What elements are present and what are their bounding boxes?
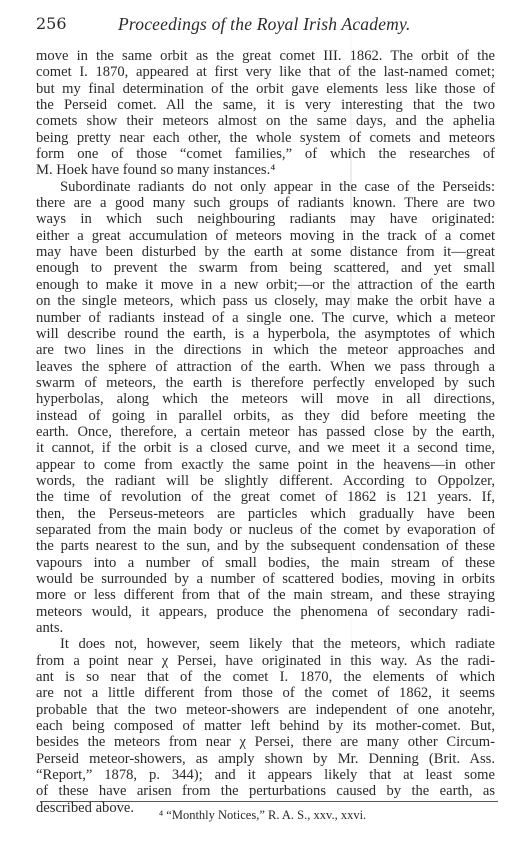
text-line: instead of going in parallel orbits, as … xyxy=(36,408,495,424)
text-line: each being composed of matter left behin… xyxy=(36,718,495,734)
text-line: “Report,” 1878, p. 344); and it appears … xyxy=(36,767,495,783)
text-line: are two lines in the directions in which… xyxy=(36,342,495,358)
running-header: 256 Proceedings of the Royal Irish Acade… xyxy=(36,14,496,36)
text-line: appear to come from exactly the same poi… xyxy=(36,457,495,473)
text-line: either a great accumulation of meteors m… xyxy=(36,228,495,244)
text-line: the time of revolution of the great come… xyxy=(36,489,495,505)
text-line: ways in which such neighbouring radiants… xyxy=(36,211,495,227)
text-line: earth. Once, therefore, a certain meteor… xyxy=(36,424,495,440)
text-line: are not a little different from those of… xyxy=(36,685,495,701)
body-text: move in the same orbit as the great come… xyxy=(36,48,495,816)
text-line: It does not, however, seem likely that t… xyxy=(36,636,495,652)
text-line: would be surrounded by a number of scatt… xyxy=(36,571,495,587)
text-line: leaves the sphere of attraction of the e… xyxy=(36,359,495,375)
text-line: enough to prevent the swarm from being s… xyxy=(36,260,495,276)
text-line: will describe round the earth, is a hype… xyxy=(36,326,495,342)
text-line: number of radiants instead of a single o… xyxy=(36,310,495,326)
text-line: being pretty near each other, the whole … xyxy=(36,130,495,146)
text-line: probable that the two meteor-showers are… xyxy=(36,702,495,718)
text-line: of these have arisen from the perturbati… xyxy=(36,783,495,799)
text-line: swarm of meteors, the earth is therefore… xyxy=(36,375,495,391)
text-line: words, the radiant will be slightly diff… xyxy=(36,473,495,489)
text-line: but my final determination of the orbit … xyxy=(36,81,495,97)
text-line: then, the Perseus-meteors are particles … xyxy=(36,506,495,522)
text-line: enough to make it move in a new orbit;—o… xyxy=(36,277,495,293)
text-line: hyperbolas, along which the meteors will… xyxy=(36,391,495,407)
text-line: from a point near χ Persei, have origina… xyxy=(36,653,495,669)
text-line: there are a good many such groups of rad… xyxy=(36,195,495,211)
text-line: vapours into a number of small bodies, t… xyxy=(36,555,495,571)
text-line: the Perseid comet. All the same, it is v… xyxy=(36,97,495,113)
text-line: ant is so near that of the comet I. 1870… xyxy=(36,669,495,685)
text-line: comet I. 1870, appeared at first very li… xyxy=(36,64,495,80)
text-line: may have been disturbed by the earth at … xyxy=(36,244,495,260)
text-line: on the single meteors, which pass us clo… xyxy=(36,293,495,309)
text-line: Subordinate radiants do not only appear … xyxy=(36,179,495,195)
text-line: Perseid meteor-showers, as amply shown b… xyxy=(36,751,495,767)
text-line: M. Hoek have found so many instances.⁴ xyxy=(36,162,495,178)
text-line: separated from the main body or nucleus … xyxy=(36,522,495,538)
text-line: meteors would, it appears, produce the p… xyxy=(36,604,495,620)
text-line: form one of those “comet families,” of w… xyxy=(36,146,495,162)
text-line: besides the meteors from near χ Persei, … xyxy=(36,734,495,750)
text-line: the parts nearest to the sun, and by the… xyxy=(36,538,495,554)
text-line: comets show their meteors almost on the … xyxy=(36,113,495,129)
text-line: it cannot, if the orbit is a closed curv… xyxy=(36,440,495,456)
running-title: Proceedings of the Royal Irish Academy. xyxy=(118,14,411,35)
text-line: ants. xyxy=(36,620,495,636)
footnote-rule xyxy=(40,801,498,802)
text-line: move in the same orbit as the great come… xyxy=(36,48,495,64)
page-number: 256 xyxy=(36,14,67,33)
footnote: ⁴ “Monthly Notices,” R. A. S., xxv., xxv… xyxy=(0,808,525,823)
text-line: more or less different from that of the … xyxy=(36,587,495,603)
